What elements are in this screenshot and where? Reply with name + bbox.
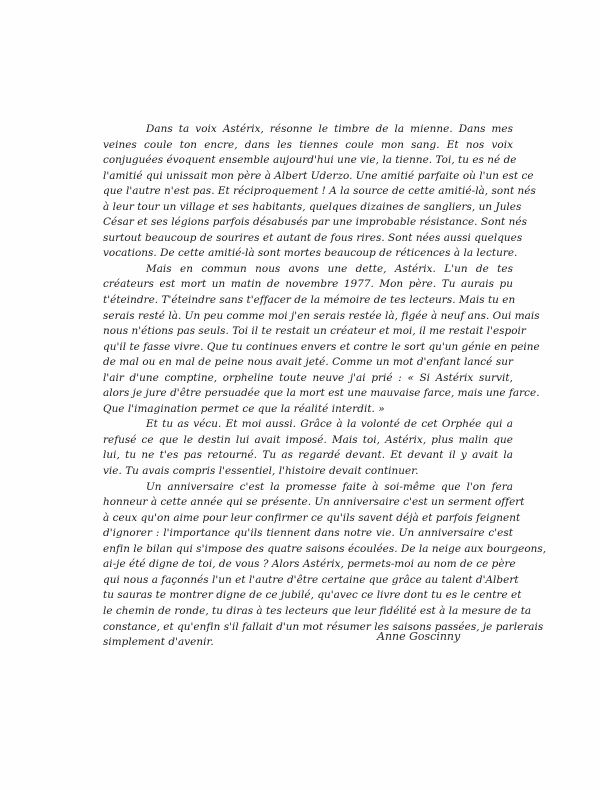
paragraph: Un anniversaire c'est la promesse faite … (103, 480, 513, 651)
text-line: Et tu as vécu. Et moi aussi. Grâce à la … (103, 417, 513, 433)
text-line: alors je jure d'être persuadée que la mo… (103, 386, 513, 402)
signature: Anne Goscinny (377, 630, 460, 643)
text-line: lui, tu ne t'es pas retourné. Tu as rega… (103, 448, 513, 464)
paragraph: Et tu as vécu. Et moi aussi. Grâce à la … (103, 417, 513, 479)
text-line: qui nous a façonnés l'un et l'autre d'êt… (103, 573, 513, 589)
text-line: à ceux qu'on aime pour leur confirmer ce… (103, 511, 513, 527)
text-line: de mal ou en mal de peine nous avait jet… (103, 355, 513, 371)
letter-body: Dans ta voix Astérix, résonne le timbre … (103, 122, 513, 651)
text-line: tu sauras te montrer digne de ce jubilé,… (103, 588, 513, 604)
text-line: à leur tour un village et ses habitants,… (103, 200, 513, 216)
text-line: Dans ta voix Astérix, résonne le timbre … (103, 122, 513, 138)
paragraph: Mais en commun nous avons une dette, Ast… (103, 262, 513, 417)
text-line: vie. Tu avais compris l'essentiel, l'his… (103, 464, 513, 480)
text-line: Mais en commun nous avons une dette, Ast… (103, 262, 513, 278)
text-line: enfin le bilan qui s'impose des quatre s… (103, 542, 513, 558)
text-line: conjuguées évoquent ensemble aujourd'hui… (103, 153, 513, 169)
text-line: nous n'étions pas seuls. Toi il te resta… (103, 324, 513, 340)
text-line: le chemin de ronde, tu diras à tes lecte… (103, 604, 513, 620)
text-line: Que l'imagination permet ce que la réali… (103, 402, 513, 418)
text-line: l'air d'une comptine, orpheline toute ne… (103, 371, 513, 387)
text-line: vocations. De cette amitié-là sont morte… (103, 246, 513, 262)
text-line: refusé ce que le destin lui avait imposé… (103, 433, 513, 449)
text-line: surtout beaucoup de sourires et autant d… (103, 231, 513, 247)
paragraph: Dans ta voix Astérix, résonne le timbre … (103, 122, 513, 262)
text-line: ai-je été digne de toi, de vous ? Alors … (103, 557, 513, 573)
text-line: que l'autre n'est pas. Et réciproquement… (103, 184, 513, 200)
text-line: créateurs est mort un matin de novembre … (103, 277, 513, 293)
text-line: honneur à cette année qui se présente. U… (103, 495, 513, 511)
text-line: t'éteindre. T'éteindre sans t'effacer de… (103, 293, 513, 309)
text-line: serais resté là. Un peu comme moi j'en s… (103, 309, 513, 325)
text-line: qu'il te fasse vivre. Que tu continues e… (103, 340, 513, 356)
text-line: d'ignorer : l'importance qu'ils tiennent… (103, 526, 513, 542)
text-line: Un anniversaire c'est la promesse faite … (103, 480, 513, 496)
text-line: César et ses légions parfois désabusés p… (103, 215, 513, 231)
document-page: Dans ta voix Astérix, résonne le timbre … (0, 0, 600, 790)
text-line: l'amitié qui unissait mon père à Albert … (103, 169, 513, 185)
text-line: veines coule ton encre, dans les tiennes… (103, 138, 513, 154)
